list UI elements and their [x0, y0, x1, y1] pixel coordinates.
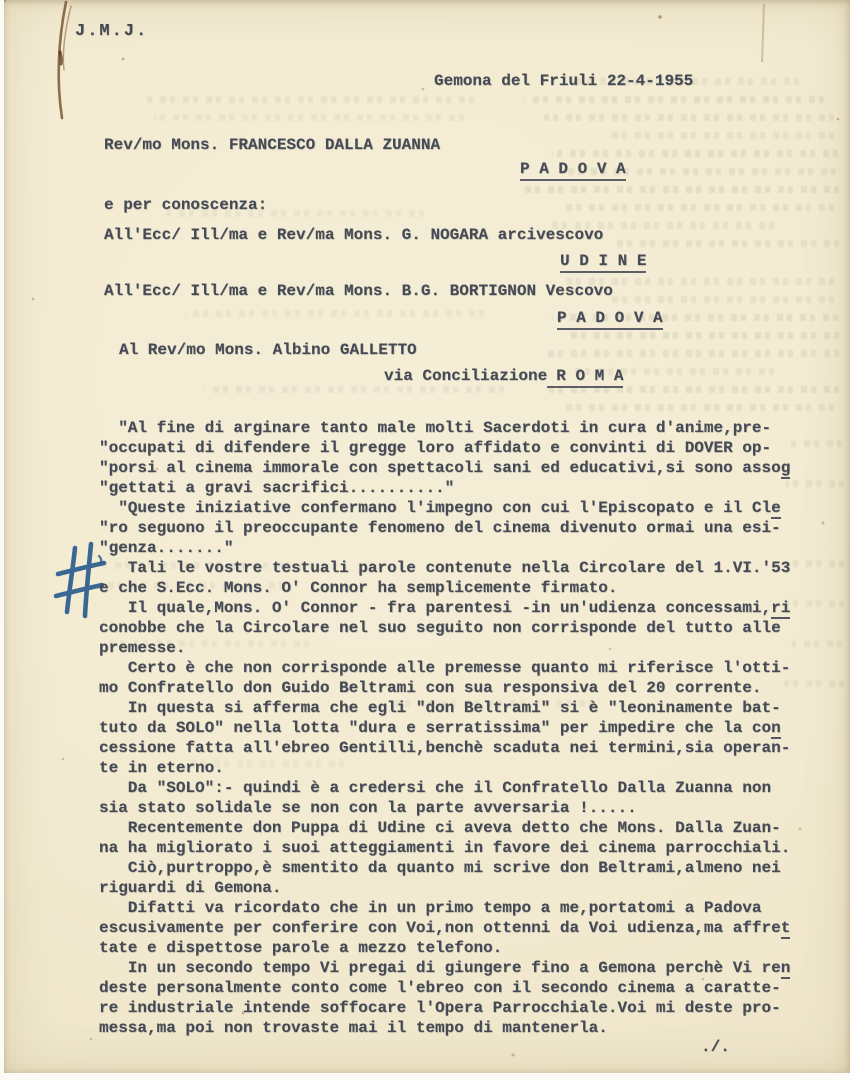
- body-line: re industriale intende soffocare l'Opera…: [99, 998, 814, 1018]
- recipient-cc1: All'Ecc/ Ill/ma e Rev/ma Mons. G. NOGARA…: [104, 226, 603, 244]
- scratch-mark: [761, 4, 765, 62]
- body-line: Da "SOLO":- quindi è a credersi che il C…: [99, 778, 814, 798]
- body-line: Tali le vostre testuali parole contenute…: [99, 558, 814, 578]
- body-line: deste personalmente conto come l'ebreo c…: [99, 978, 814, 998]
- scanned-letter-page: J.M.J. Gemona del Friuli 22-4-1955 Rev/m…: [4, 0, 850, 1073]
- cc-label: e per conoscenza:: [104, 196, 267, 214]
- body-line: premesse.: [99, 638, 814, 658]
- bleed-text-row: [144, 96, 474, 103]
- dateline: Gemona del Friuli 22-4-1955: [434, 72, 693, 90]
- bleed-text-row: [154, 114, 464, 121]
- bleed-text-row: [544, 350, 839, 357]
- body-line: riguardi di Gemona.: [99, 878, 814, 898]
- bleed-text-row: [564, 204, 834, 211]
- bleed-text-row: [524, 96, 824, 103]
- body-line: cessione fatta all'ebreo Gentilli,benchè…: [99, 738, 814, 758]
- body-line: e che S.Ecc. Mons. O' Connor ha semplice…: [99, 578, 814, 598]
- bleed-text-row: [564, 332, 839, 339]
- body-line: "Al fine di arginare tanto male molti Sa…: [99, 418, 814, 438]
- body-line: sia stato solidale se non con la parte a…: [99, 798, 814, 818]
- recipient-cc3: Al Rev/mo Mons. Albino GALLETTO: [119, 341, 417, 359]
- recipient-cc1-city: U D I N E: [560, 252, 646, 273]
- recipient-cc2-city: P A D O V A: [557, 309, 663, 330]
- body-line: conobbe che la Circolare nel suo seguito…: [99, 618, 814, 638]
- body-line: "gettati a gravi sacrifici..........": [99, 478, 814, 498]
- body-line: Ciò,purtroppo,è smentito da quanto mi sc…: [99, 858, 814, 878]
- body-line: "ro seguono il preoccupante fenomeno del…: [99, 518, 814, 538]
- street-line: via Conciliazione: [384, 367, 547, 385]
- bleed-text-row: [544, 114, 834, 121]
- recipient-cc3-address: via ConciliazioneR O M A: [384, 367, 623, 385]
- body-line: Il quale,Mons. O' Connor - fra parentesi…: [99, 598, 814, 618]
- crease-mark: [38, 0, 98, 130]
- body-line: "porsi al cinema immorale con spettacoli…: [99, 458, 814, 478]
- recipient-cc3-city: R O M A: [547, 367, 623, 388]
- bleed-text-row: [552, 150, 838, 157]
- body-line: tuto da SOLO" nella lotta "dura e serrat…: [99, 718, 814, 738]
- body-line: messa,ma poi non trovaste mai il tempo d…: [99, 1018, 814, 1038]
- bleed-text-row: [604, 296, 834, 303]
- body-line: In un secondo tempo Vi pregai di giunger…: [99, 958, 814, 978]
- bleed-text-row: [524, 186, 839, 193]
- body-line: "genza.......": [99, 538, 814, 558]
- body-line: "occupati di difendere il gregge loro af…: [99, 438, 814, 458]
- body-line: escusivamente per conferire con Voi,non …: [99, 918, 814, 938]
- body-line: In questa si afferma che egli "don Beltr…: [99, 698, 814, 718]
- recipient-main: Rev/mo Mons. FRANCESCO DALLA ZUANNA: [104, 136, 440, 154]
- bleed-text-row: [604, 132, 834, 139]
- continuation-mark: ./.: [701, 1038, 730, 1056]
- paper-speckles: [4, 0, 6, 2]
- body-line: Difatti va ricordato che in un primo tem…: [99, 898, 814, 918]
- bleed-text-row: [204, 386, 504, 393]
- body-line: "Queste iniziative confermano l'impegno …: [99, 498, 814, 518]
- monogram: J.M.J.: [75, 22, 148, 41]
- body-line: Certo è che non corrisponde alle premess…: [99, 658, 814, 678]
- recipient-main-city: P A D O V A: [520, 160, 626, 181]
- body-line: na ha migliorato i suoi atteggiamenti in…: [99, 838, 814, 858]
- body-line: te in eterno.: [99, 758, 814, 778]
- body-line: tate e dispettose parole a mezzo telefon…: [99, 938, 814, 958]
- recipient-cc2: All'Ecc/ Ill/ma e Rev/ma Mons. B.G. BORT…: [104, 282, 613, 300]
- bleed-text-row: [564, 404, 834, 411]
- bleed-text-row: [614, 240, 839, 247]
- letter-body: "Al fine di arginare tanto male molti Sa…: [99, 418, 814, 1038]
- body-line: mo Confratello don Guido Beltrami con su…: [99, 678, 814, 698]
- body-line: Recentemente don Puppa di Udine ci aveva…: [99, 818, 814, 838]
- bleed-text-row: [184, 310, 484, 317]
